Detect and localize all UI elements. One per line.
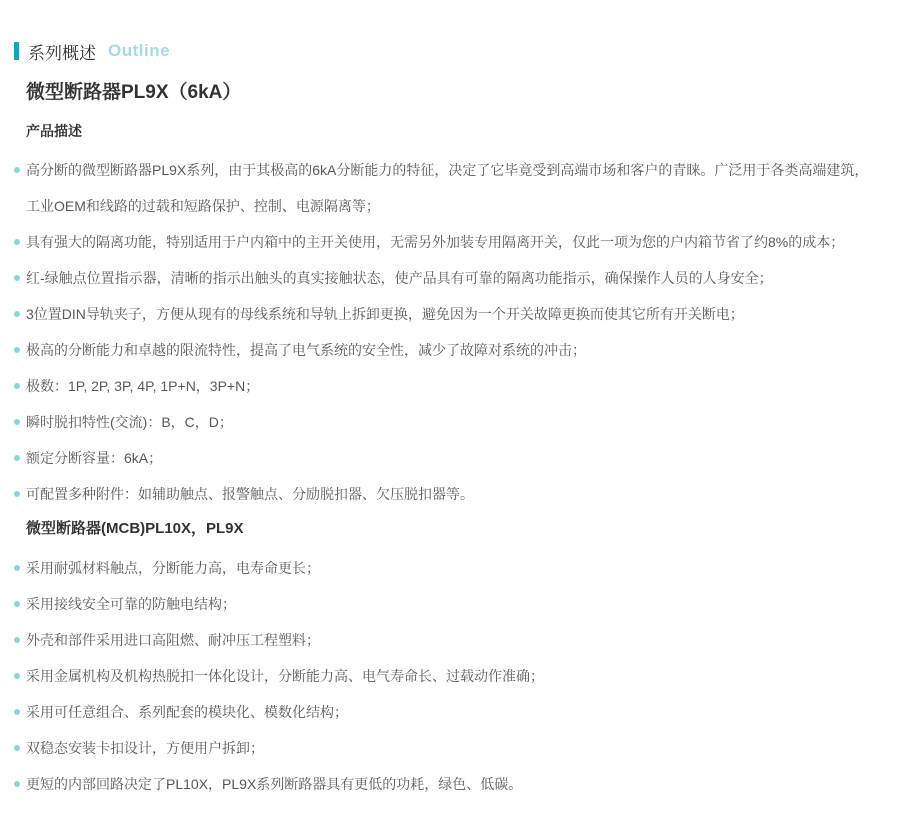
list-item: 高分断的微型断路器PL9X系列，由于其极高的6kA分断能力的特征，决定了它毕竟受… (14, 152, 876, 224)
section-title-en: Outline (108, 41, 170, 61)
bullet-icon (14, 383, 20, 389)
bullet-text: 具有强大的隔离功能，特别适用于户内箱中的主开关使用，无需另外加装专用隔离开关，仅… (26, 234, 844, 250)
list-item: 采用耐弧材料触点，分断能力高，电寿命更长； (14, 550, 876, 586)
bullet-text: 采用接线安全可靠的防触电结构； (26, 596, 236, 612)
section-accent-bar-icon (14, 42, 19, 60)
bullet-icon (14, 745, 20, 751)
bullet-icon (14, 347, 20, 353)
bullet-icon (14, 275, 20, 281)
bullet-icon (14, 167, 20, 173)
description-list: 高分断的微型断路器PL9X系列，由于其极高的6kA分断能力的特征，决定了它毕竟受… (14, 152, 876, 512)
list-item: 额定分断容量：6kA； (14, 440, 876, 476)
bullet-text: 极高的分断能力和卓越的限流特性，提高了电气系统的安全性，减少了故障对系统的冲击； (26, 342, 586, 358)
list-item: 更短的内部回路决定了PL10X，PL9X系列断路器具有更低的功耗，绿色、低碳。 (14, 766, 876, 802)
bullet-icon (14, 419, 20, 425)
bullet-text: 极数：1P, 2P, 3P, 4P, 1P+N，3P+N； (26, 378, 259, 394)
bullet-text: 采用金属机构及机构热脱扣一体化设计，分断能力高、电气寿命长、过载动作准确； (26, 668, 544, 684)
list-item: 采用接线安全可靠的防触电结构； (14, 586, 876, 622)
list-item: 采用可任意组合、系列配套的模块化、模数化结构； (14, 694, 876, 730)
bullet-text: 3位置DIN导轨夹子，方便从现有的母线系统和导轨上拆卸更换，避免因为一个开关故障… (26, 306, 744, 322)
list-item: 具有强大的隔离功能，特别适用于户内箱中的主开关使用，无需另外加装专用隔离开关，仅… (14, 224, 876, 260)
bullet-icon (14, 239, 20, 245)
bullet-icon (14, 637, 20, 643)
list-item: 极高的分断能力和卓越的限流特性，提高了电气系统的安全性，减少了故障对系统的冲击； (14, 332, 876, 368)
bullet-text: 高分断的微型断路器PL9X系列，由于其极高的6kA分断能力的特征，决定了它毕竟受… (26, 162, 868, 214)
bullet-text: 采用可任意组合、系列配套的模块化、模数化结构； (26, 704, 348, 720)
bullet-icon (14, 311, 20, 317)
list-item: 3位置DIN导轨夹子，方便从现有的母线系统和导轨上拆卸更换，避免因为一个开关故障… (14, 296, 876, 332)
list-item: 可配置多种附件：如辅助触点、报警触点、分励脱扣器、欠压脱扣器等。 (14, 476, 876, 512)
bullet-text: 双稳态安装卡扣设计，方便用户拆卸； (26, 740, 264, 756)
list-item: 极数：1P, 2P, 3P, 4P, 1P+N，3P+N； (14, 368, 876, 404)
list-item: 双稳态安装卡扣设计，方便用户拆卸； (14, 730, 876, 766)
product-title: 微型断路器PL9X（6kA） (26, 80, 876, 106)
list-item: 采用金属机构及机构热脱扣一体化设计，分断能力高、电气寿命长、过载动作准确； (14, 658, 876, 694)
list-item: 瞬时脱扣特性(交流)：B，C，D； (14, 404, 876, 440)
bullet-icon (14, 709, 20, 715)
bullet-icon (14, 781, 20, 787)
bullet-icon (14, 491, 20, 497)
product-overview-page: 系列概述 Outline 微型断路器PL9X（6kA） 产品描述 高分断的微型断… (0, 0, 900, 822)
section-header: 系列概述 Outline (14, 40, 876, 62)
bullet-text: 红-绿触点位置指示器，清晰的指示出触头的真实接触状态，使产品具有可靠的隔离功能指… (26, 270, 773, 286)
bullet-icon (14, 673, 20, 679)
description-heading: 产品描述 (26, 122, 876, 140)
bullet-icon (14, 601, 20, 607)
bullet-text: 外壳和部件采用进口高阻燃、耐冲压工程塑料； (26, 632, 320, 648)
features-list: 采用耐弧材料触点，分断能力高，电寿命更长； 采用接线安全可靠的防触电结构； 外壳… (14, 550, 876, 802)
bullet-text: 采用耐弧材料触点，分断能力高，电寿命更长； (26, 560, 320, 576)
section-title-zh: 系列概述 (28, 39, 96, 64)
bullet-icon (14, 455, 20, 461)
list-item: 外壳和部件采用进口高阻燃、耐冲压工程塑料； (14, 622, 876, 658)
features-heading: 微型断路器(MCB)PL10X，PL9X (26, 520, 876, 538)
bullet-text: 瞬时脱扣特性(交流)：B，C，D； (26, 414, 233, 430)
bullet-text: 额定分断容量：6kA； (26, 450, 162, 466)
bullet-text: 可配置多种附件：如辅助触点、报警触点、分励脱扣器、欠压脱扣器等。 (26, 486, 474, 502)
bullet-text: 更短的内部回路决定了PL10X，PL9X系列断路器具有更低的功耗，绿色、低碳。 (26, 776, 522, 792)
bullet-icon (14, 565, 20, 571)
list-item: 红-绿触点位置指示器，清晰的指示出触头的真实接触状态，使产品具有可靠的隔离功能指… (14, 260, 876, 296)
